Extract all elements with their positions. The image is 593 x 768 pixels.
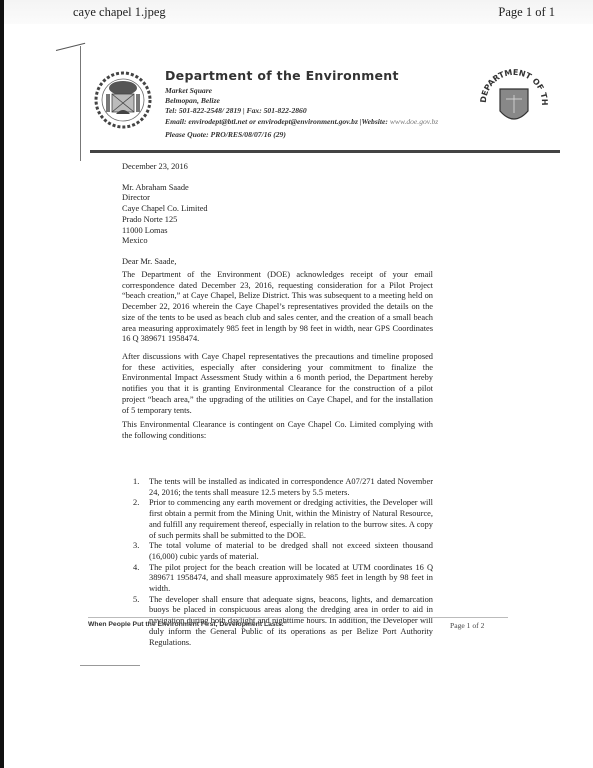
letter-header: December 23, 2016 Mr. Abraham Saade Dire… <box>122 162 432 268</box>
scan-edge <box>0 0 4 768</box>
scan-mark <box>80 665 140 666</box>
letterhead: Department of the Environment Market Squ… <box>165 68 438 140</box>
viewer-header: caye chapel 1.jpeg Page 1 of 1 <box>0 0 593 24</box>
viewer-page-indicator: Page 1 of 1 <box>498 5 555 20</box>
letterhead-divider <box>90 150 560 153</box>
letter-date: December 23, 2016 <box>122 162 432 173</box>
body-paragraph: This Environmental Clearance is continge… <box>122 420 433 441</box>
condition-item: 1.The tents will be installed as indicat… <box>137 477 433 498</box>
quote-reference: Please Quote: PRO/RES/08/07/16 (29) <box>165 130 438 140</box>
email-text: Email: envirodept@btl.net or envirodept@… <box>165 117 390 126</box>
department-seal-icon: DEPARTMENT OF THE ENVIRONMENT <box>474 63 554 143</box>
website-link: www.doe.gov.bz <box>390 117 438 126</box>
footer-divider <box>88 617 508 618</box>
scan-mark <box>80 46 81 161</box>
address-line: Belmopan, Belize <box>165 96 438 106</box>
recipient-line: 11000 Lomas <box>122 226 432 237</box>
condition-item: 4.The pilot project for the beach creati… <box>137 563 433 595</box>
phone-fax: Tel: 501-822-2548/ 2819 | Fax: 501-822-2… <box>165 106 438 116</box>
footer-slogan: When People Put the Environment First, D… <box>88 621 287 628</box>
department-name: Department of the Environment <box>165 68 438 83</box>
condition-item: 2.Prior to commencing any earth movement… <box>137 498 433 541</box>
file-name: caye chapel 1.jpeg <box>73 5 166 20</box>
recipient-line: Caye Chapel Co. Limited <box>122 204 432 215</box>
belize-coat-of-arms-icon <box>92 70 154 130</box>
address-line: Market Square <box>165 86 438 96</box>
salutation: Dear Mr. Saade, <box>122 257 432 268</box>
recipient-line: Director <box>122 193 432 204</box>
condition-item: 3.The total volume of material to be dre… <box>137 541 433 562</box>
recipient-line: Mexico <box>122 236 432 247</box>
footer-page-number: Page 1 of 2 <box>450 621 484 630</box>
recipient-address: Mr. Abraham Saade Director Caye Chapel C… <box>122 183 432 247</box>
recipient-line: Prado Norte 125 <box>122 215 432 226</box>
body-paragraph: The Department of the Environment (DOE) … <box>122 270 433 345</box>
body-paragraph: After discussions with Caye Chapel repre… <box>122 352 433 416</box>
recipient-line: Mr. Abraham Saade <box>122 183 432 194</box>
email-website: Email: envirodept@btl.net or envirodept@… <box>165 117 438 127</box>
